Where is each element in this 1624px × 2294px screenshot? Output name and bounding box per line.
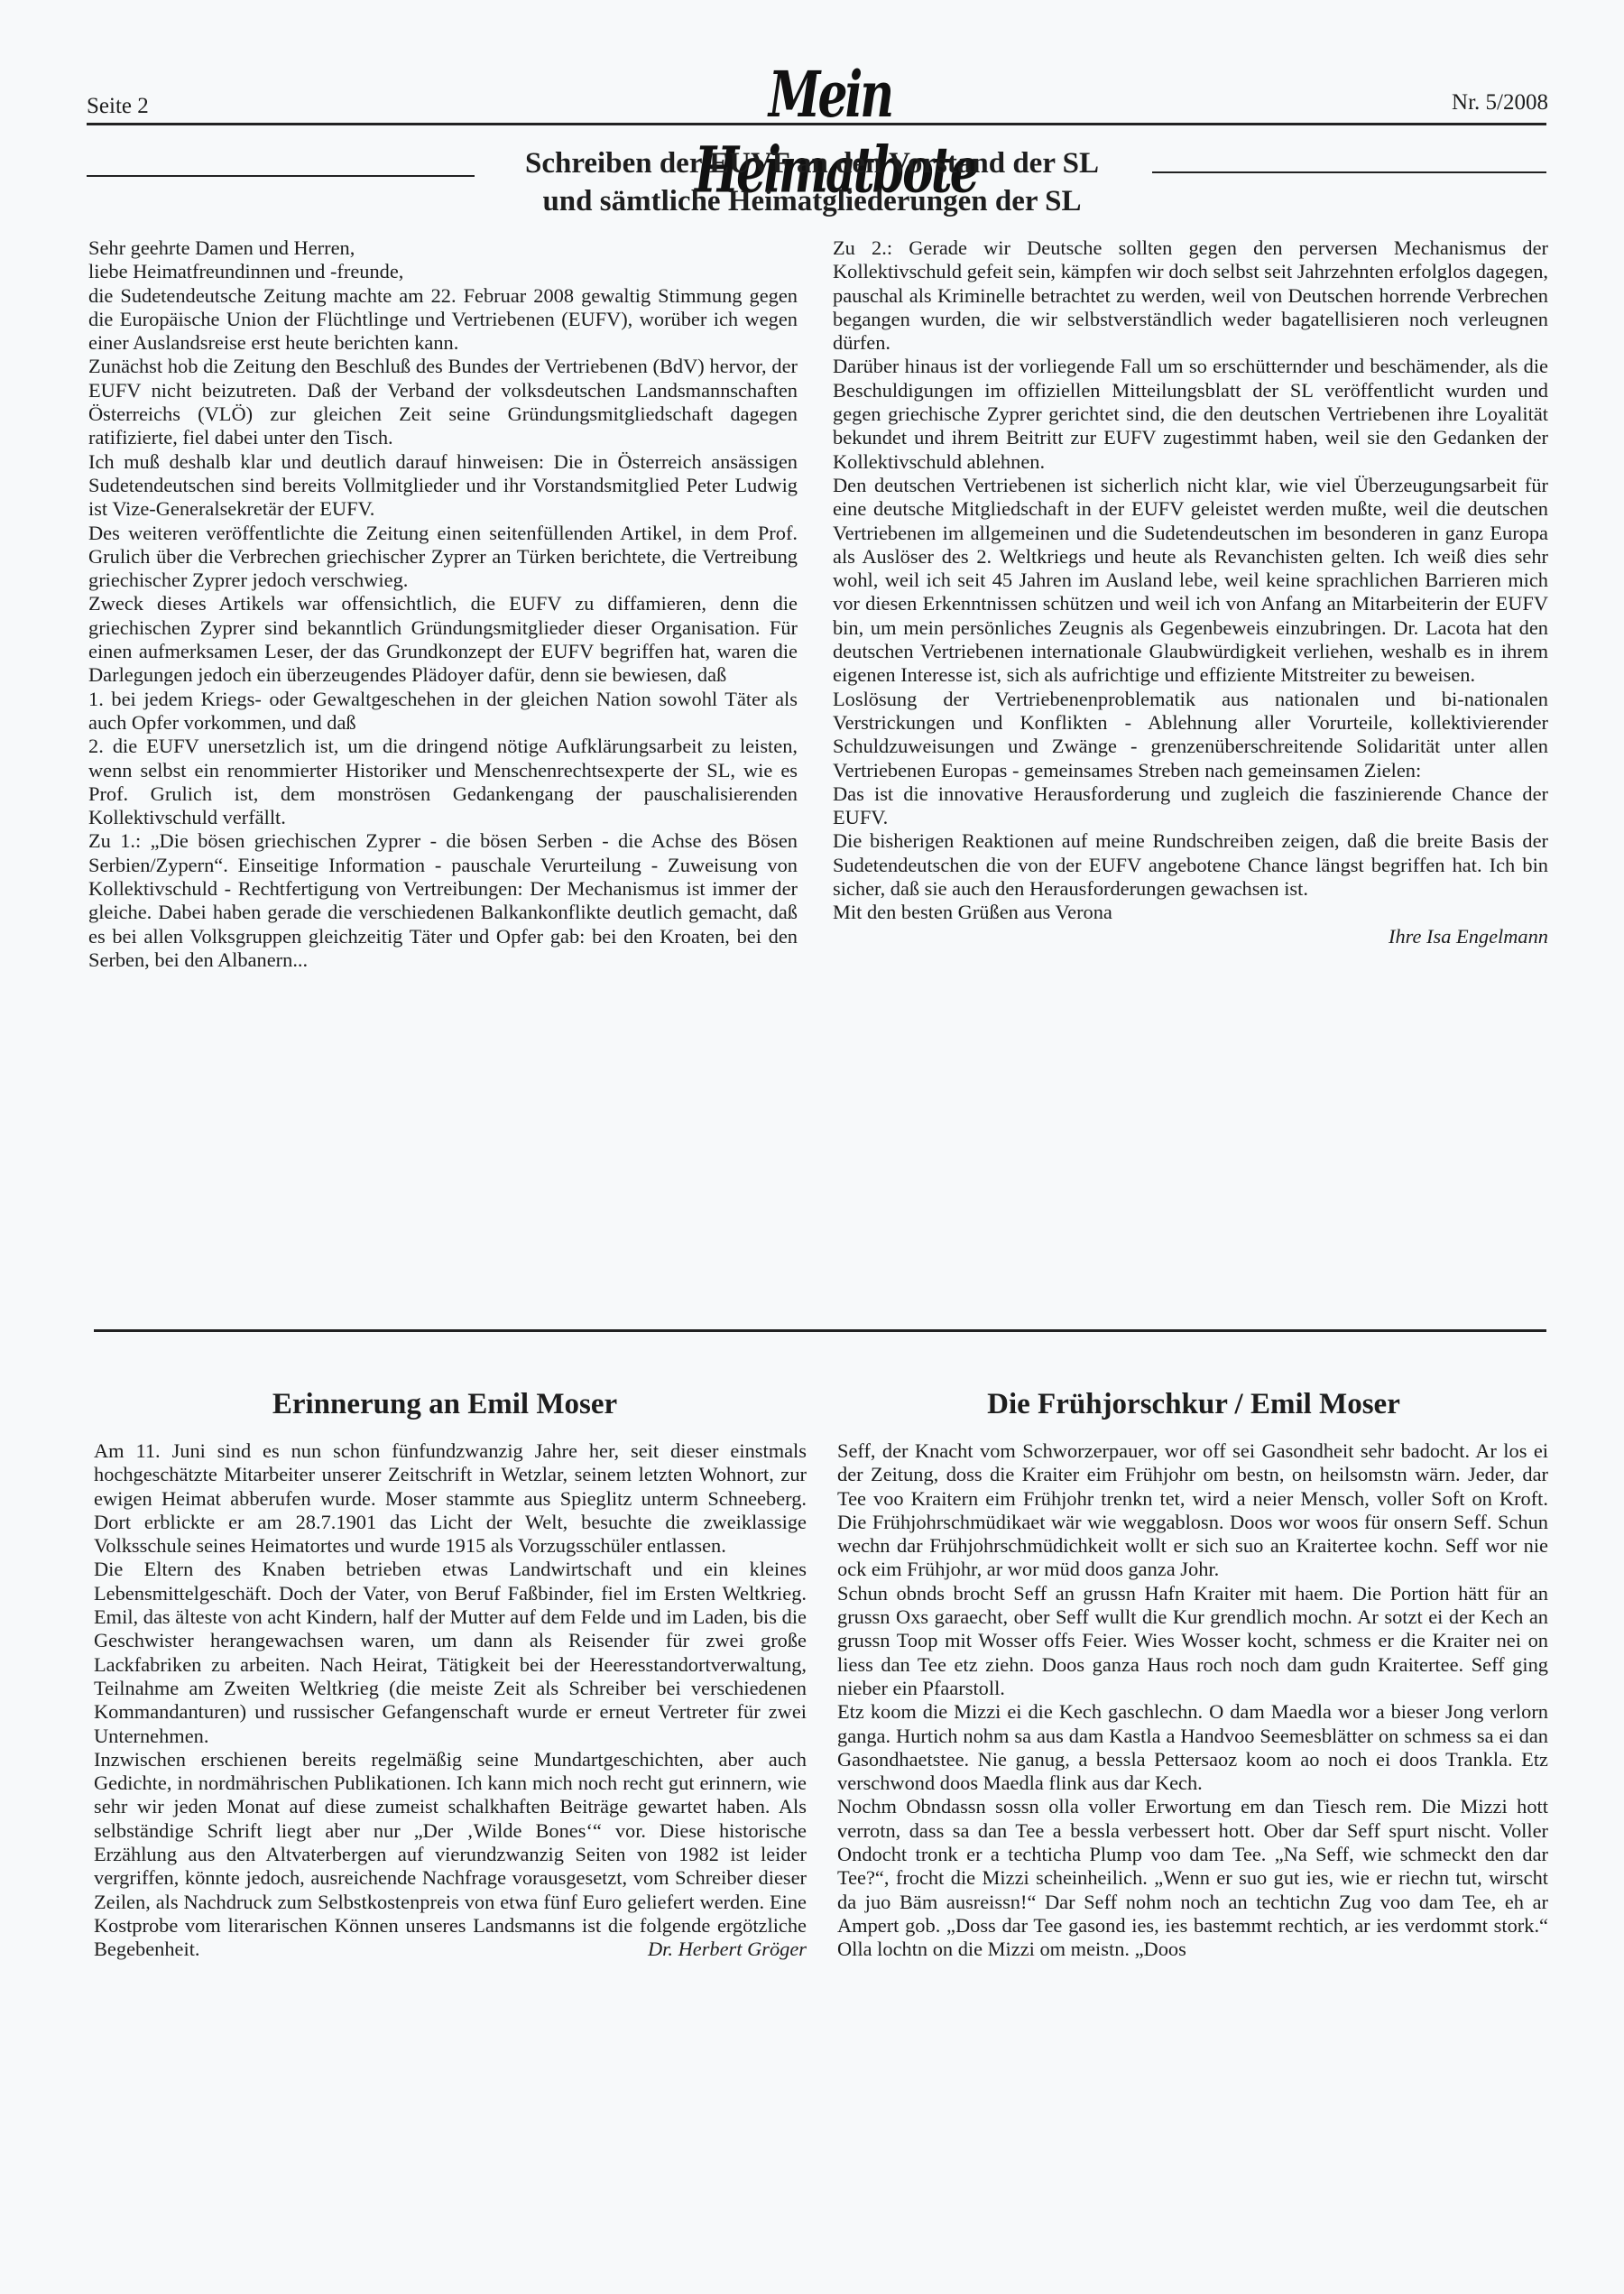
story-column: Seff, der Knacht vom Schworzerpauer, wor… (837, 1439, 1548, 1962)
memorial-paragraph: Inzwischen erschienen bereits regelmäßig… (94, 1748, 807, 1962)
memorial-column: Am 11. Juni sind es nun schon fünfundzwa… (94, 1439, 807, 1962)
memorial-paragraph-text: Inzwischen erschienen bereits regelmäßig… (94, 1748, 807, 1960)
issue-number: Nr. 5/2008 (1452, 90, 1548, 116)
letter-paragraph: Die bisherigen Reaktionen auf meine Rund… (833, 829, 1548, 901)
letter-paragraph: Das ist die innovative Herausforderung u… (833, 782, 1548, 830)
letter-paragraph: Zu 1.: „Die bösen griechischen Zyprer - … (88, 829, 798, 972)
letter-paragraph: Den deutschen Vertriebenen ist sicherlic… (833, 474, 1548, 688)
memorial-signature: Dr. Herbert Gröger (648, 1938, 807, 1961)
story-paragraph: Etz koom die Mizzi ei die Kech gaschlech… (837, 1700, 1548, 1795)
memorial-paragraph: Die Eltern des Knaben betrieben etwas La… (94, 1558, 807, 1747)
letter-title: Schreiben der EUVF an den Vorstand der S… (0, 144, 1624, 220)
letter-paragraph: Ich muß deshalb klar und deutlich darauf… (88, 450, 798, 522)
letter-title-line-1: Schreiben der EUVF an den Vorstand der S… (0, 144, 1624, 182)
story-paragraph: Schun obnds brocht Seff an grussn Hafn K… (837, 1582, 1548, 1700)
letter-paragraph: Zunächst hob die Zeitung den Beschluß de… (88, 355, 798, 449)
newspaper-page: Seite 2 Mein Heimatbote Nr. 5/2008 Schre… (0, 0, 1624, 2294)
letter-signature: Ihre Isa Engelmann (833, 925, 1548, 948)
letter-paragraph: Loslösung der Vertriebenenproblematik au… (833, 688, 1548, 782)
letter-paragraph: 2. die EUFV unersetzlich ist, um die dri… (88, 735, 798, 829)
letter-paragraph: liebe Heimatfreundinnen und -freunde, (88, 260, 798, 283)
memorial-title: Erinnerung an Emil Moser (88, 1388, 801, 1421)
letter-paragraph: Mit den besten Grüßen aus Verona (833, 901, 1548, 924)
story-paragraph: Nochm Obndassn sossn olla voller Erwortu… (837, 1795, 1548, 1961)
letter-paragraph: Des weiteren veröffentlichte die Zeitung… (88, 522, 798, 593)
letter-paragraph: Zweck dieses Artikels war offensichtlich… (88, 592, 798, 687)
letter-paragraph: 1. bei jedem Kriegs- oder Gewaltgeschehe… (88, 688, 798, 735)
memorial-paragraph: Am 11. Juni sind es nun schon fünfundzwa… (94, 1439, 807, 1558)
header-rule (87, 123, 1546, 125)
letter-paragraph: die Sudetendeutsche Zeitung machte am 22… (88, 284, 798, 356)
letter-right-column: Zu 2.: Gerade wir Deutsche sollten gegen… (833, 236, 1548, 948)
letter-title-line-2: und sämtliche Heimatgliederungen der SL (0, 182, 1624, 220)
story-paragraph: Seff, der Knacht vom Schworzerpauer, wor… (837, 1439, 1548, 1582)
letter-paragraph: Zu 2.: Gerade wir Deutsche sollten gegen… (833, 236, 1548, 355)
letter-paragraph: Darüber hinaus ist der vorliegende Fall … (833, 355, 1548, 473)
section-divider (94, 1329, 1546, 1332)
letter-left-column: Sehr geehrte Damen und Herren, liebe Hei… (88, 236, 798, 972)
page-number: Seite 2 (87, 94, 149, 119)
letter-paragraph: Sehr geehrte Damen und Herren, (88, 236, 798, 260)
story-title: Die Frühjorschkur / Emil Moser (837, 1388, 1550, 1421)
